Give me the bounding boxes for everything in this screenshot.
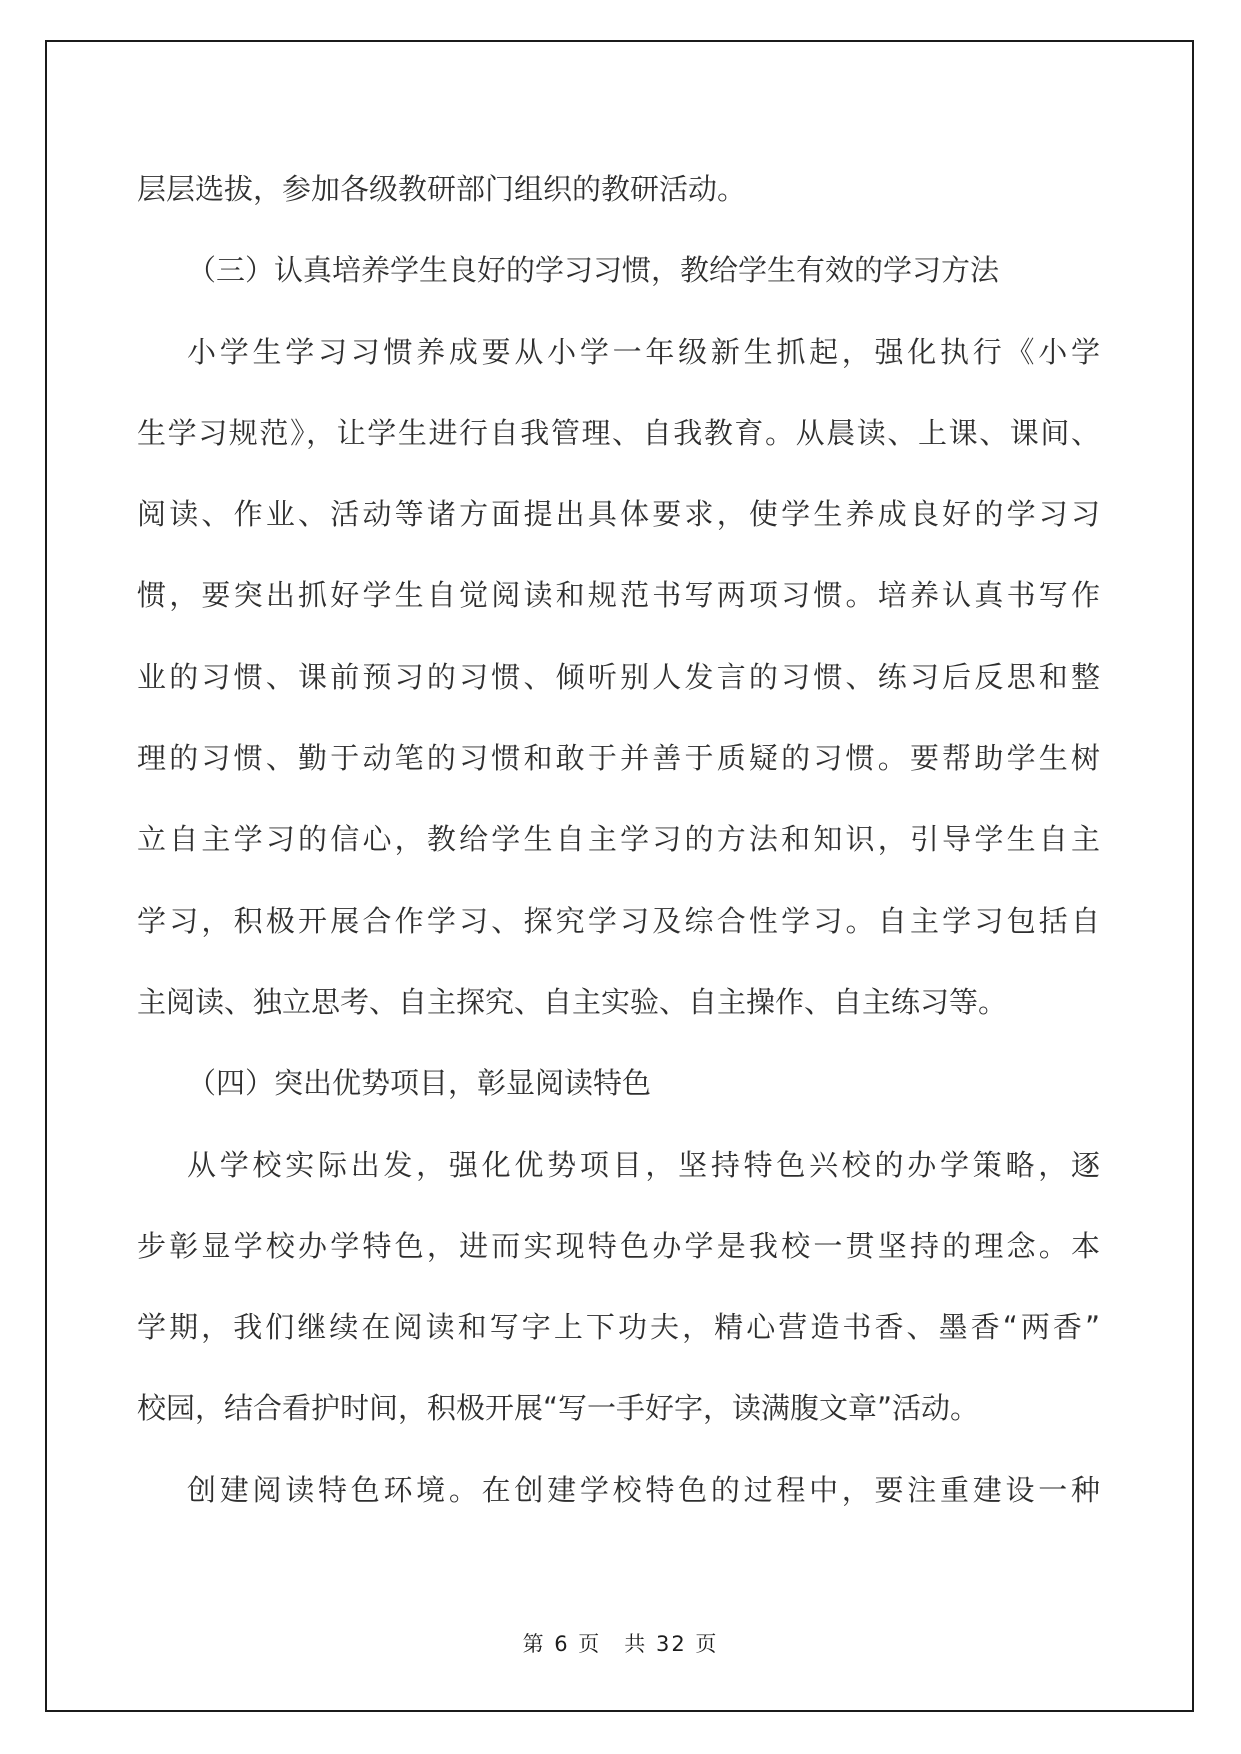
section-heading: （三）认真培养学生良好的学习习惯，教给学生有效的学习方法 bbox=[137, 230, 1100, 311]
page-footer: 第 6 页 共 32 页 bbox=[0, 1628, 1241, 1658]
text-line: 学期，我们继续在阅读和写字上下功夫，精心营造书香、墨香“两香” bbox=[137, 1287, 1100, 1368]
text-line: 步彰显学校办学特色，进而实现特色办学是我校一贯坚持的理念。本 bbox=[137, 1206, 1100, 1287]
text-line: 创建阅读特色环境。在创建学校特色的过程中，要注重建设一种 bbox=[137, 1450, 1100, 1531]
text-line: 生学习规范》，让学生进行自我管理、自我教育。从晨读、上课、课间、 bbox=[137, 393, 1100, 474]
text-line: 主阅读、独立思考、自主探究、自主实验、自主操作、自主练习等。 bbox=[137, 962, 1100, 1043]
text-line: 小学生学习习惯养成要从小学一年级新生抓起，强化执行《小学 bbox=[137, 312, 1100, 393]
text-line: 业的习惯、课前预习的习惯、倾听别人发言的习惯、练习后反思和整 bbox=[137, 637, 1100, 718]
text-line: 从学校实际出发，强化优势项目，坚持特色兴校的办学策略，逐 bbox=[137, 1125, 1100, 1206]
document-body: 层层选拔，参加各级教研部门组织的教研活动。 （三）认真培养学生良好的学习习惯，教… bbox=[137, 149, 1100, 1531]
text-line: 立自主学习的信心，教给学生自主学习的方法和知识，引导学生自主 bbox=[137, 799, 1100, 880]
text-line: 学习，积极开展合作学习、探究学习及综合性学习。自主学习包括自 bbox=[137, 881, 1100, 962]
section-heading: （四）突出优势项目，彰显阅读特色 bbox=[137, 1043, 1100, 1124]
text-line: 理的习惯、勤于动笔的习惯和敢于并善于质疑的习惯。要帮助学生树 bbox=[137, 718, 1100, 799]
text-line: 阅读、作业、活动等诸方面提出具体要求，使学生养成良好的学习习 bbox=[137, 474, 1100, 555]
text-line: 校园，结合看护时间，积极开展“写一手好字，读满腹文章”活动。 bbox=[137, 1368, 1100, 1449]
text-line: 层层选拔，参加各级教研部门组织的教研活动。 bbox=[137, 149, 1100, 230]
text-line: 惯，要突出抓好学生自觉阅读和规范书写两项习惯。培养认真书写作 bbox=[137, 555, 1100, 636]
